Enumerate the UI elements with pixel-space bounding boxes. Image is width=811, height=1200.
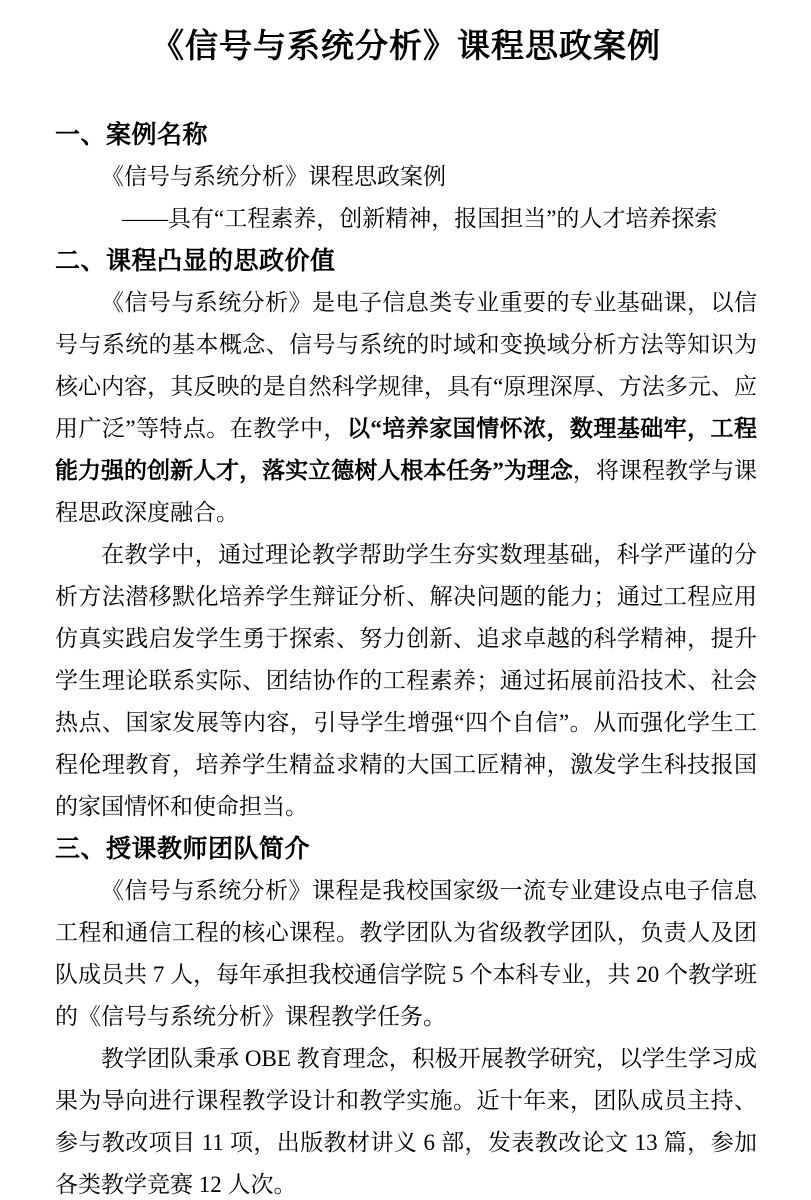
case-subtitle-line: ——具有“工程素养，创新精神，报国担当”的人才培养探索: [55, 198, 757, 240]
paragraph-course-intro: 《信号与系统分析》是电子信息类专业重要的专业基础课，以信号与系统的基本概念、信号…: [55, 282, 757, 534]
text-run: 在教学中，通过理论教学帮助学生夯实数理基础，科学严谨的分析方法潜移默化培养学生辩…: [55, 542, 757, 819]
paragraph-team-achievements: 教学团队秉承 OBE 教育理念，积极开展教学研究，以学生学习成果为导向进行课程教…: [55, 1038, 757, 1200]
paragraph-teaching-methods: 在教学中，通过理论教学帮助学生夯实数理基础，科学严谨的分析方法潜移默化培养学生辩…: [55, 534, 757, 828]
paragraph-team-overview: 《信号与系统分析》课程是我校国家级一流专业建设点电子信息工程和通信工程的核心课程…: [55, 870, 757, 1038]
section-heading-case-name: 一、案例名称: [55, 114, 757, 156]
text-run: 《信号与系统分析》课程是我校国家级一流专业建设点电子信息工程和通信工程的核心课程…: [55, 878, 757, 1029]
section-heading-ideological-value: 二、课程凸显的思政价值: [55, 240, 757, 282]
section-heading-teaching-team: 三、授课教师团队简介: [55, 828, 757, 870]
text-run: 教学团队秉承 OBE 教育理念，积极开展教学研究，以学生学习成果为导向进行课程教…: [55, 1046, 757, 1197]
document-page: 《信号与系统分析》课程思政案例 一、案例名称 《信号与系统分析》课程思政案例 —…: [0, 0, 811, 1200]
document-title: 《信号与系统分析》课程思政案例: [55, 22, 757, 70]
case-name-line: 《信号与系统分析》课程思政案例: [55, 156, 757, 198]
